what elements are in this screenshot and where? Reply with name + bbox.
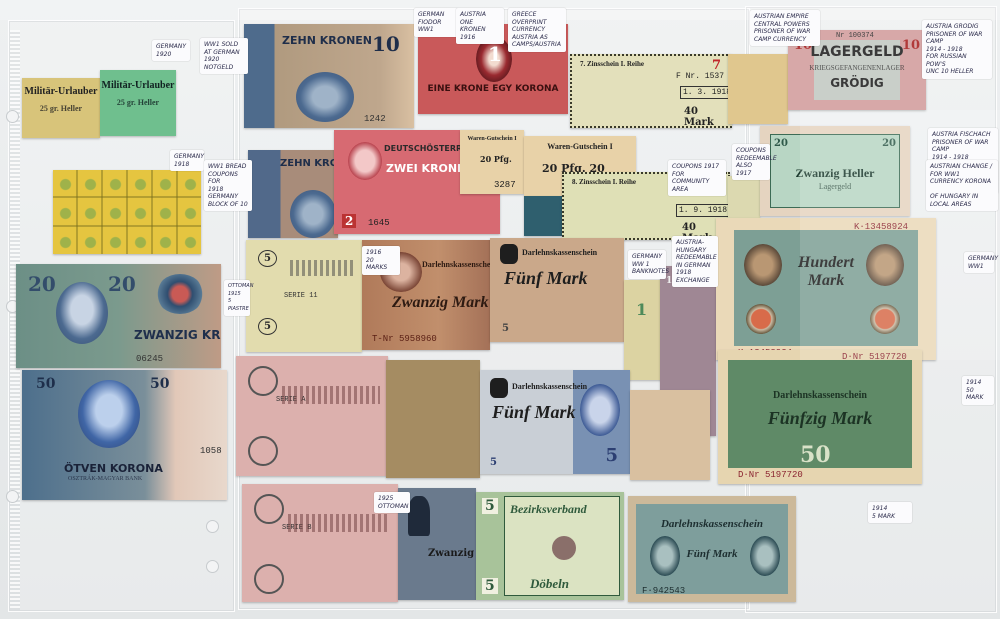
label-germany-1920: GERMANY 1920: [152, 40, 190, 61]
emblem-icon: [248, 366, 278, 396]
label-five-mark-1914: 1914 5 MARK: [868, 502, 912, 523]
portrait-man: [866, 244, 904, 286]
note-ottoman-serie-a: SERIE A: [236, 356, 388, 476]
note-waren-gutschein-1: Waren-Gutschein I 20 Pfg. 3287: [460, 130, 524, 194]
punch-hole: [6, 490, 19, 503]
note-zinsschein-stub: [728, 54, 788, 124]
label-germany-1918: GERMANY 1918: [170, 150, 204, 171]
label-austrian-empire: AUSTRIAN EMPIRE CENTRAL POWERS PRISONER …: [750, 10, 820, 46]
note-funfzig-mark: Darlehnskassenschein Fünfzig Mark 50 D·N…: [718, 350, 922, 484]
note-ottoman-5-piastre-a: 5 5 SERIE 11: [246, 240, 362, 352]
emblem-icon: [254, 564, 284, 594]
portrait-woman: [78, 380, 140, 448]
eagle-icon: [490, 378, 508, 398]
label-turkey-20-marks: 1916 20 MARKS: [362, 246, 400, 275]
note-dobeln-5: 5 5 Bezirksverband Döbeln: [476, 492, 624, 600]
emblem-icon: [248, 436, 278, 466]
portrait-woman: [348, 142, 382, 180]
note-militar-urlauber-yellow: Militär-Urlauber 25 gr. Heller: [22, 78, 100, 138]
note-bread-coupons-block: [53, 170, 201, 254]
label-german-fiodor: GERMAN FIODOR WW1: [414, 8, 458, 37]
label-austria-one-kronen: AUSTRIA ONE KRONEN 1916: [456, 8, 504, 44]
note-militar-urlauber-green: Militär-Urlauber 25 gr. Heller: [100, 70, 176, 136]
note-zwanzig-heller: 20 20 Zwanzig Heller Lagergeld: [760, 126, 910, 216]
seal-icon: [552, 536, 576, 560]
seal-icon: [746, 304, 776, 334]
portrait-woman: [56, 282, 108, 344]
portrait-woman: [580, 384, 620, 436]
label-coupons-1917: COUPONS 1917 FOR COMMUNITY AREA: [668, 160, 726, 196]
seal-icon: [870, 304, 900, 334]
portrait-woman: [650, 536, 680, 576]
portrait-man: [744, 244, 782, 286]
punch-hole: [6, 110, 19, 123]
note-red-fragment: [630, 390, 710, 480]
note-hundert-mark: Hundert Mark K·13458924 K·13458924: [716, 218, 936, 360]
label-germany-ww1: GERMANY WW1: [964, 252, 994, 273]
note-zehn-kronen-top: ZEHN KRONEN 10 1242: [244, 24, 414, 128]
note-funf-mark-brown: Darlehnskassenschein Fünf Mark 5: [490, 238, 624, 342]
portrait-woman: [750, 536, 780, 576]
portrait-boy: [296, 72, 354, 122]
label-austria-grodig: AUSTRIA GRODIG PRISONER OF WAR CAMP 1914…: [922, 20, 992, 79]
note-zwei-mark-green: 1: [624, 280, 664, 380]
label-ww1-bread-coupons: WW1 BREAD COUPONS FOR 1918 GERMANY BLOCK…: [204, 160, 252, 211]
note-zinsschein-7: 7. Zinsschein I. Reihe 7 F Nr. 1537 1. 3…: [570, 54, 732, 128]
note-brown-knight: [386, 360, 480, 478]
note-zwanzig-kronen: 20 20 ZWANZIG KRONEN 06245: [16, 264, 221, 368]
label-turkey-small: 1925 OTTOMAN: [374, 492, 410, 513]
label-ottoman-side: OTTOMAN 1915 5 PIASTRE: [224, 280, 250, 316]
note-teal-stub: [524, 196, 562, 236]
note-funfzig-kronen: 50 50 ÖTVEN KORONA OSZTRÁK-MAGYAR BANK 1…: [22, 370, 227, 500]
note-zehn-kronen-second: ZEHN KRONEN: [248, 150, 338, 238]
note-funf-mark-1914: Darlehnskassenschein Fünf Mark F·942543: [628, 496, 796, 602]
label-austria-hungary-1918: AUSTRIA-HUNGARY REDEEMABLE IN GERMAN 191…: [672, 236, 718, 287]
label-fifty-mark-1914: 1914 50 MARK: [962, 376, 994, 405]
album-photo: Militär-Urlauber 25 gr. Heller Militär-U…: [0, 0, 1000, 619]
eagle-icon: [500, 244, 518, 264]
label-ww1-soldier: WW1 SOLD AT GERMAN 1920 NOTGELD: [200, 38, 248, 74]
label-greece-overprint: GREECE OVERPRINT CURRENCY AUSTRIA AS CAM…: [508, 8, 566, 52]
label-germany-ww1-banknotes: GERMANY WW 1 BANKNOTES: [628, 250, 666, 279]
ornament-icon: [408, 496, 430, 536]
portrait-boy: [290, 190, 336, 238]
punch-hole: [206, 520, 219, 533]
note-funf-mark-blue: Darlehnskassenschein Fünf Mark 5 5: [480, 370, 630, 474]
emblem-icon: [254, 494, 284, 524]
label-bread-coupons-small: COUPONS REDEEMABLE ALSO 1917: [732, 144, 770, 180]
coat-of-arms-icon: [156, 274, 204, 314]
label-ww1-currency-korona: AUSTRIAN CHANGE / FOR WW1 CURRENCY KORON…: [926, 160, 998, 211]
punch-hole: [206, 560, 219, 573]
